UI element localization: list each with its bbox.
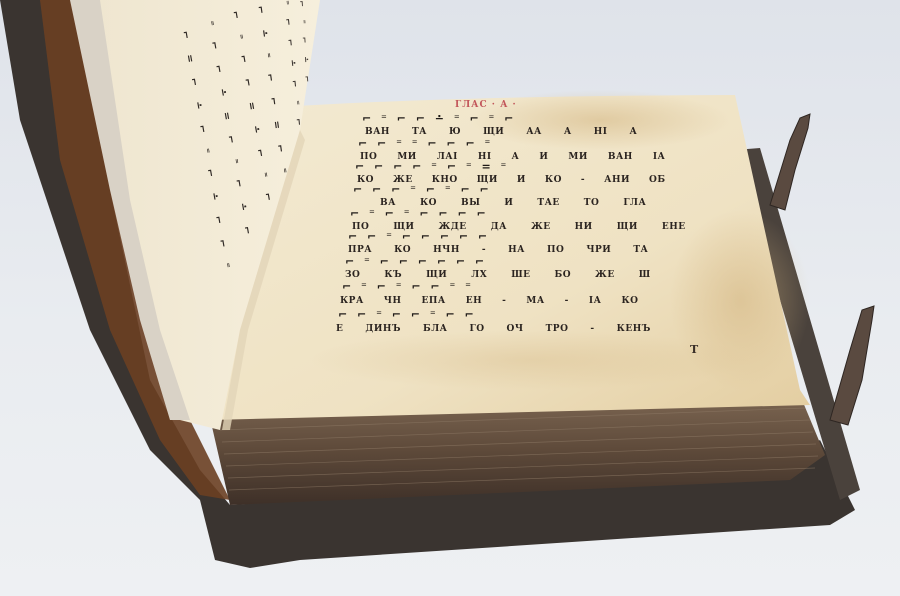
clasp-top [770,114,810,210]
book-illustration [0,0,900,596]
clasp-bottom [830,306,874,425]
book-photo: ⌐ = ⌐ ∸ ⌐ ⁼ ⌐ ∸ ⌐ ⌐ ⁼ ⁼ ⌐ ⌐ ∸ = ⌐ ⁼ ⌐ ∸ … [0,0,900,596]
